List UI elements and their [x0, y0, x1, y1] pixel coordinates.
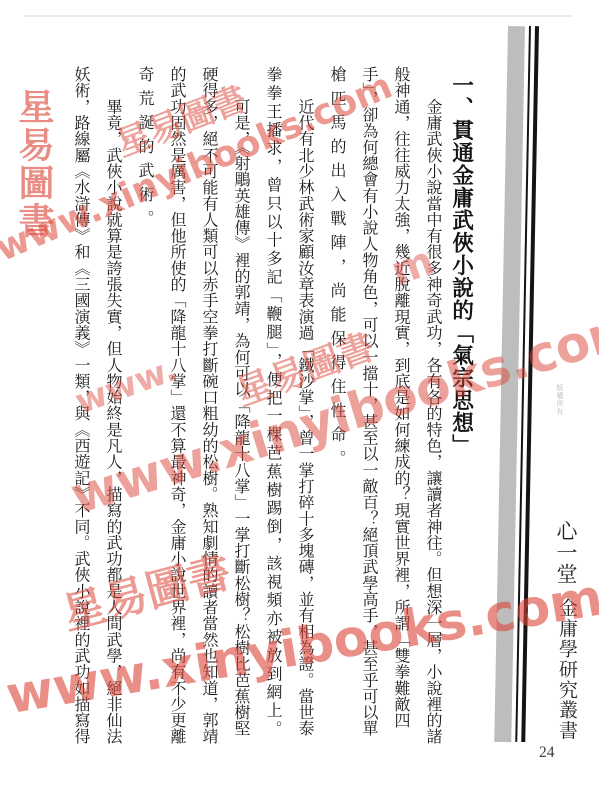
body-column: 的武功固然是厲害，但他所使的「降龍十八掌」還不算最神奇，金庸小說世界裡，尚有不少… [152, 66, 184, 758]
body-column: 可是，《射鵰英雄傳》裡的郭靖，為何可以「降龍十八掌」一掌打斷松樹？松樹比芭蕉樹堅 [216, 66, 248, 758]
body-column: 畢竟，武俠小說就算是誇張失實，但人物始終是凡人，描寫的武功都是人間武學，絕非仙法 [88, 66, 120, 758]
body-column: 硬得多，絕不可能有人類可以赤手空拳打斷碗口粗幼的松樹。熟知劇情的讀者當然也知道，… [184, 66, 216, 758]
body-column: 近代有北少林武術家顧汝章表演過「鐵沙掌」，曾一掌打碎十多塊磚，並有相為證。當世泰 [280, 66, 312, 758]
watermark-brand-vertical: 星易圖書 [8, 88, 59, 240]
imprint-name: 心一堂 [551, 520, 581, 585]
spine-small-text: 版權所有 [555, 384, 565, 416]
book-page-scan: 一、貫通金庸武俠小說的「氣宗思想」 金庸武俠小說當中有很多神奇武功，各有各的特色… [0, 0, 599, 812]
body-column: 手」，卻為何總會有小說人物角色，可以一擋十，甚至以一敵百？絕頂武學高手，甚至乎可… [344, 66, 376, 758]
body-column: 奇荒誕的武術。 [120, 66, 152, 758]
chapter-title: 一、貫通金庸武俠小說的「氣宗思想」 [449, 74, 473, 476]
body-column: 般神通，往往威力太強，幾近脫離現實，到底是如何練成的？現實世界裡，所謂「雙拳難敵… [376, 66, 408, 758]
body-column: 槍匹馬的出入戰陣，尚能保得住性命。 [312, 66, 344, 758]
series-title: 金庸學研究叢書 [553, 598, 580, 741]
page-number: 24 [539, 744, 555, 762]
body-text: 金庸武俠小說當中有很多神奇武功，各有各的特色，讓讀者神往。但想深一層，小說裡的諸… [56, 66, 440, 758]
body-column: 妖術，路線屬《水滸傳》和《三國演義》一類，與《西遊記》不同。武俠小說裡的武功如描… [56, 66, 88, 758]
body-column: 拳拳王播求，曾只以十多記「鞭腿」，便把一棵芭蕉樹踢倒，該視頻亦被放到網上。 [248, 66, 280, 758]
body-column: 金庸武俠小說當中有很多神奇武功，各有各的特色，讓讀者神往。但想深一層，小說裡的諸 [408, 66, 440, 758]
scan-edge-line [24, 15, 572, 17]
